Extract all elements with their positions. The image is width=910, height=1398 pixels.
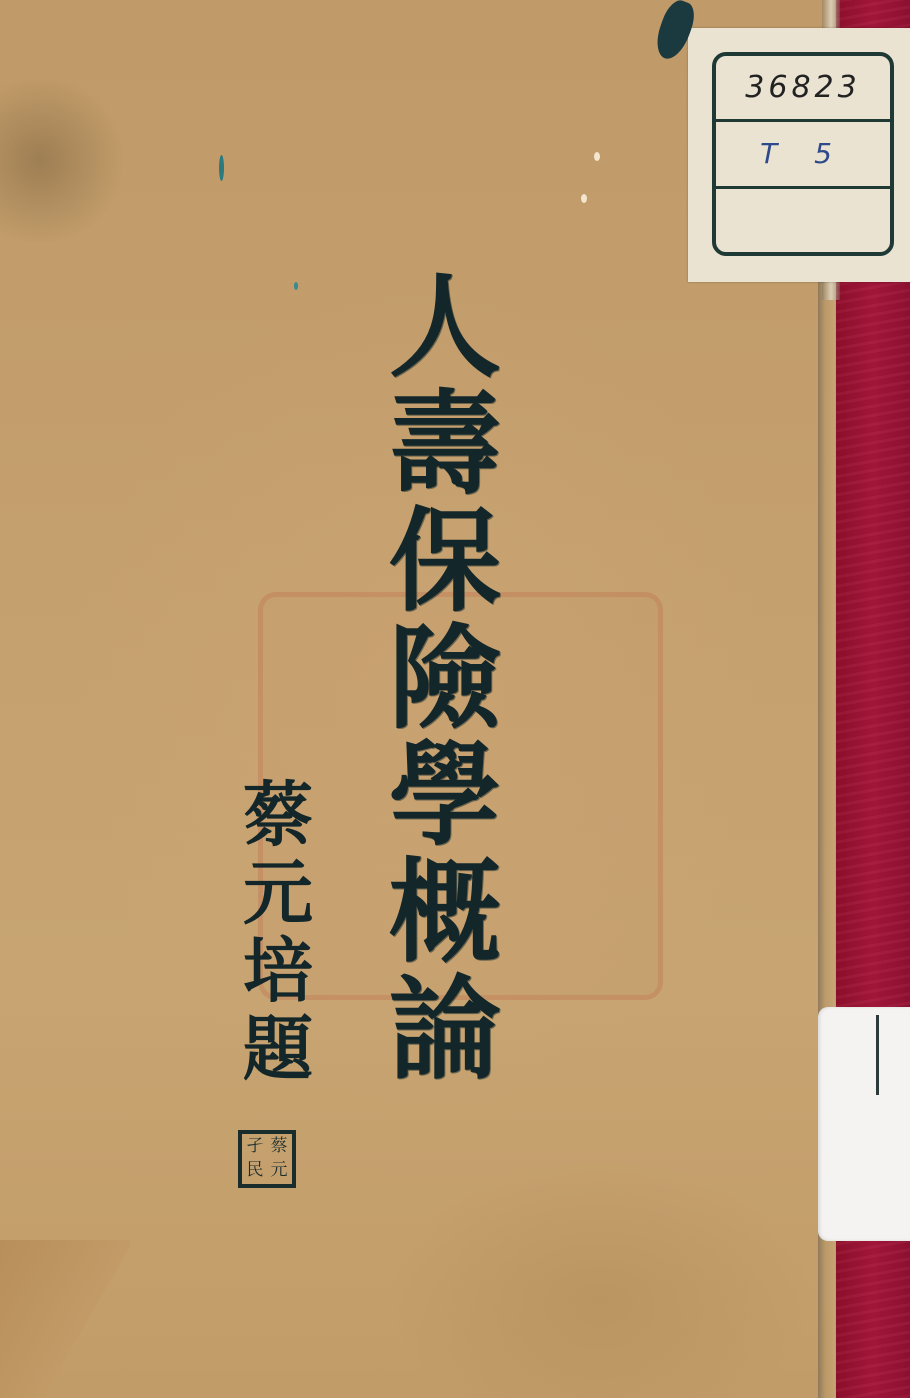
- inscription-char: 蔡: [243, 780, 313, 858]
- pin-hole: [581, 194, 587, 203]
- ink-spot: [294, 282, 298, 290]
- calligrapher-inscription: 蔡 元 培 題: [228, 780, 328, 1092]
- title-char: 壽: [389, 389, 501, 506]
- classification-number: T 5: [716, 122, 890, 188]
- title-char: 人: [389, 272, 501, 389]
- inscription-char: 題: [243, 1014, 313, 1092]
- title-char: 論: [389, 974, 501, 1091]
- seal-char: 蔡: [267, 1135, 291, 1159]
- call-tag-box: 36823 T 5: [712, 52, 894, 256]
- title-char: 學: [389, 740, 501, 857]
- pin-hole: [594, 152, 600, 161]
- spine-label: [818, 1007, 910, 1241]
- seal-stamp: 孑 蔡 民 元: [238, 1130, 296, 1188]
- seal-char: 元: [267, 1159, 291, 1183]
- call-tag-empty-row: [716, 189, 890, 252]
- seal-char: 孑: [243, 1135, 267, 1159]
- seal-char: 民: [243, 1159, 267, 1183]
- title-char: 保: [389, 506, 501, 623]
- title-char: 概: [389, 857, 501, 974]
- torn-corner: [0, 1240, 130, 1398]
- title-char: 險: [389, 623, 501, 740]
- accession-number: 36823: [716, 56, 890, 122]
- book-title: 人 壽 保 險 學 概 論: [365, 272, 525, 1091]
- spine-label-mark: [876, 1015, 879, 1095]
- ink-spot: [219, 155, 224, 181]
- inscription-char: 元: [243, 858, 313, 936]
- library-call-tag: 36823 T 5: [688, 28, 910, 282]
- inscription-char: 培: [243, 936, 313, 1014]
